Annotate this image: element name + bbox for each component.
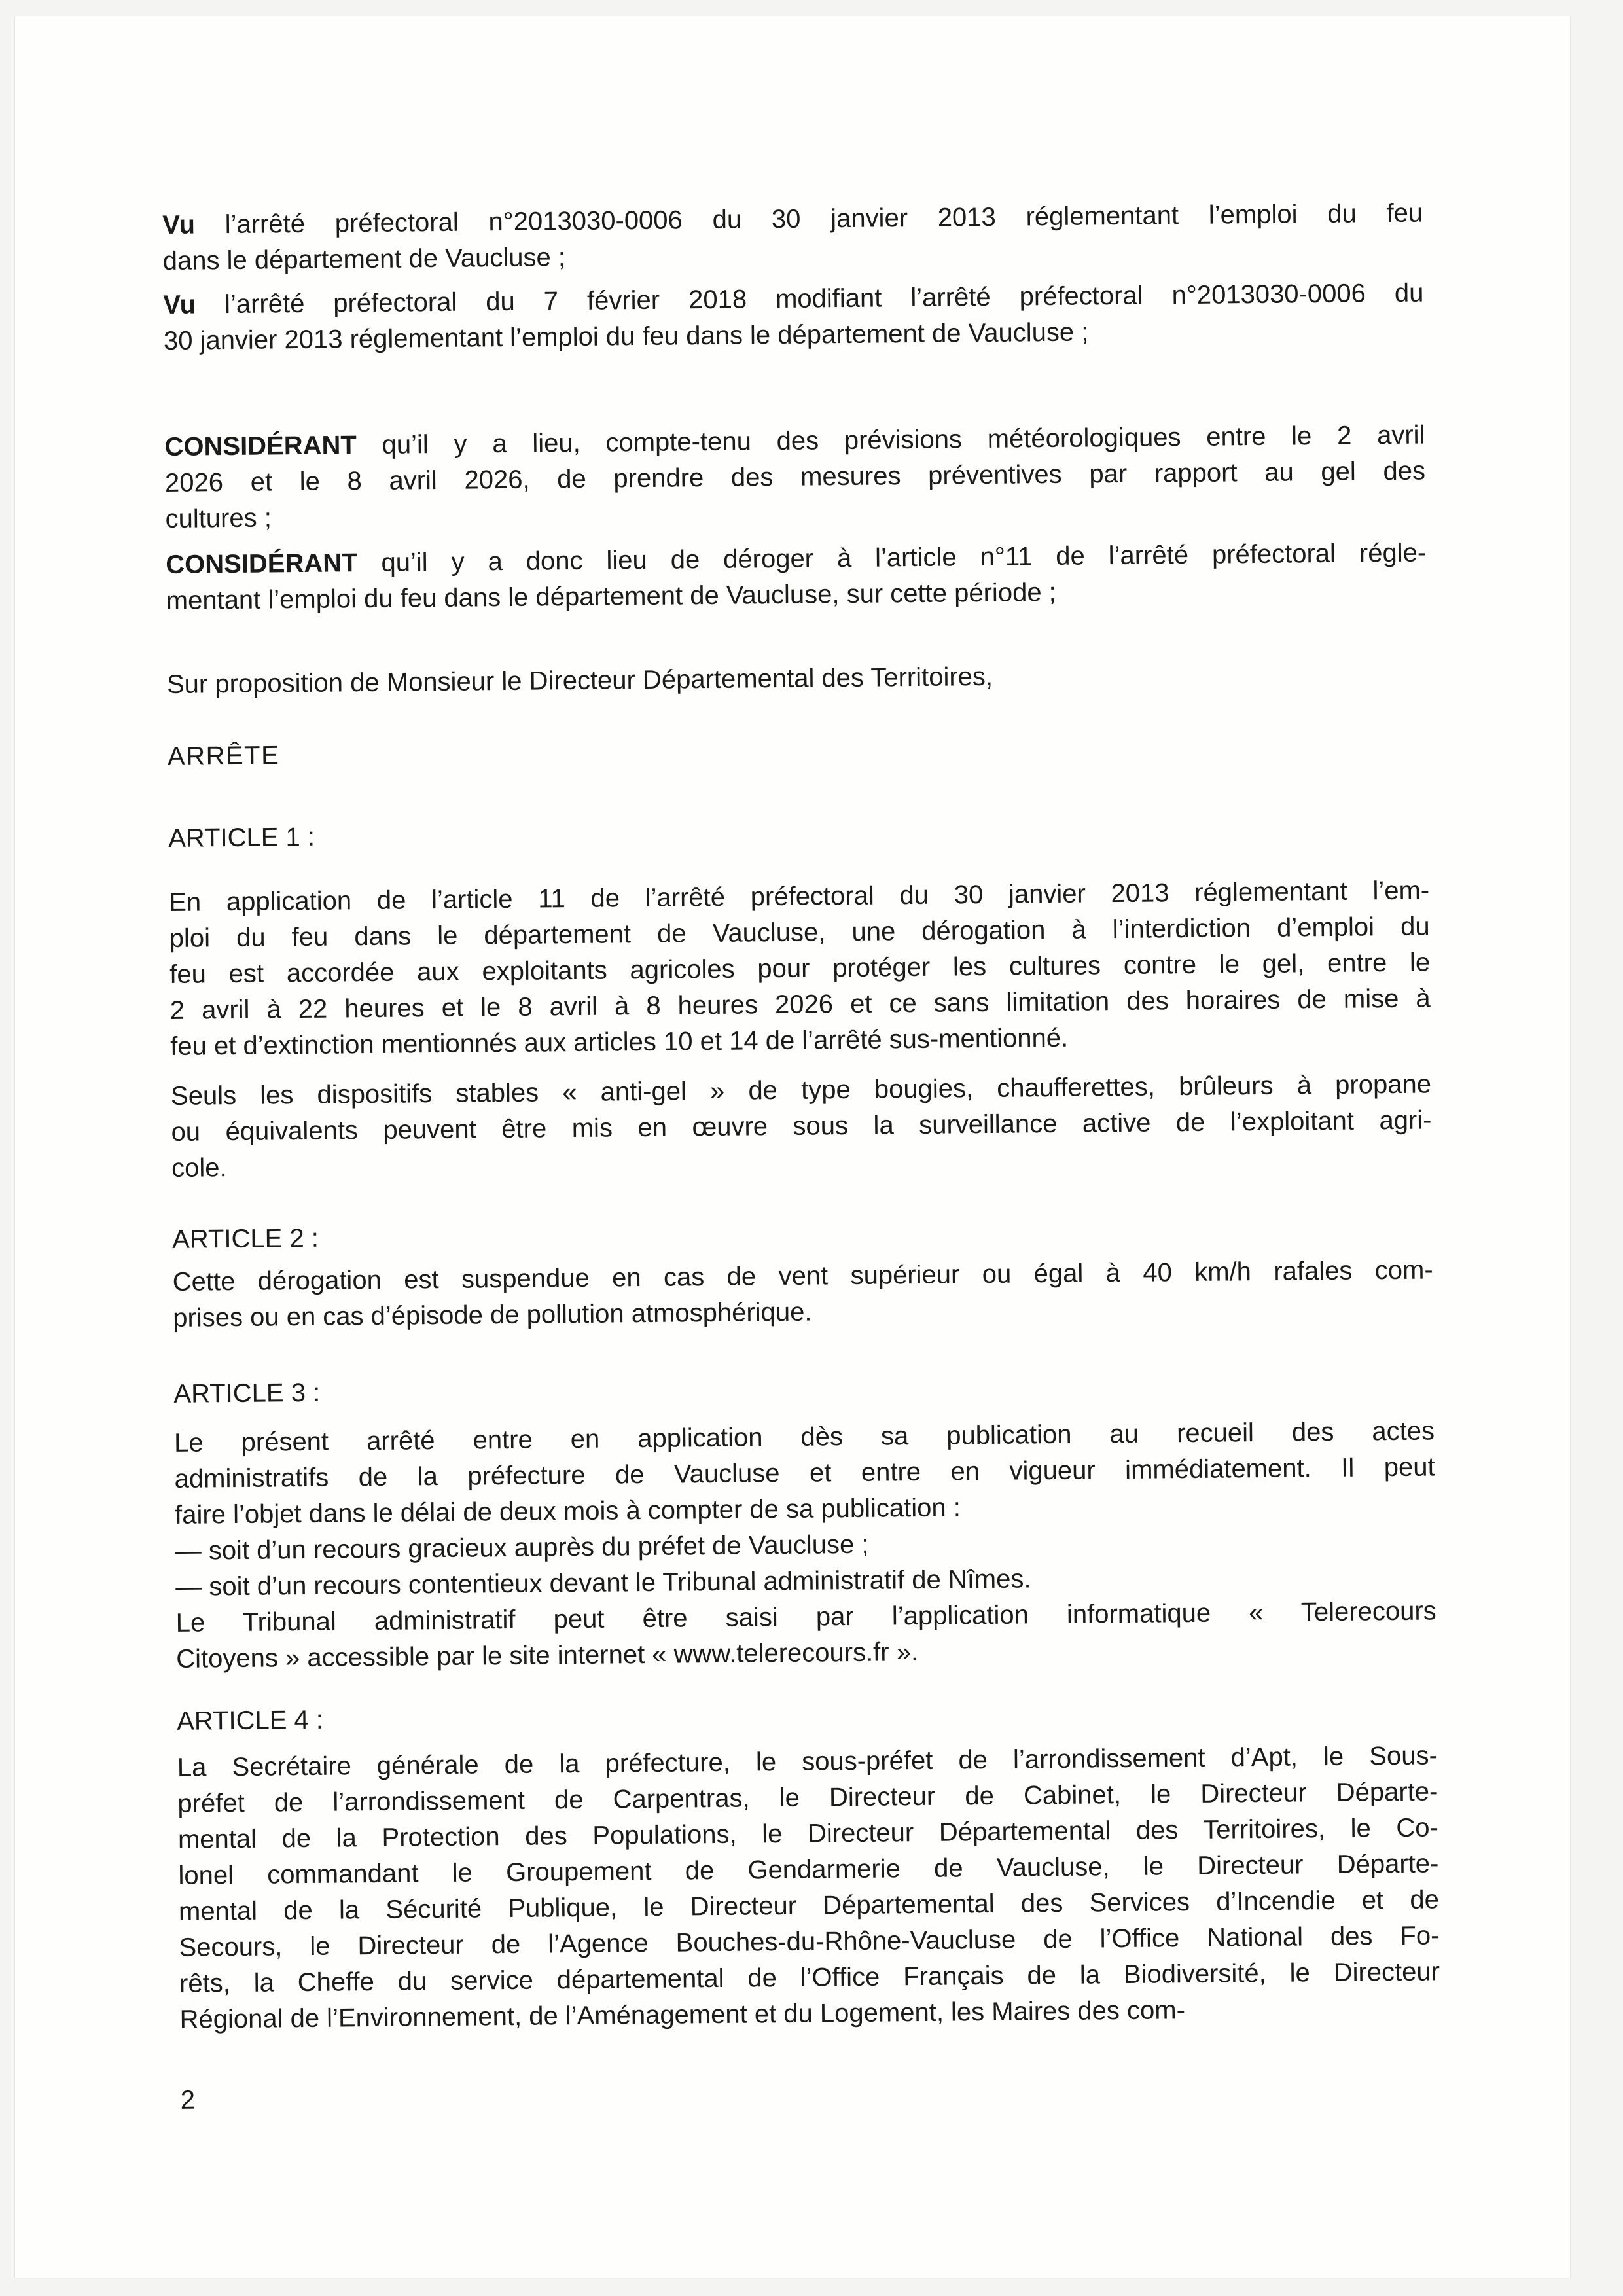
vu-paragraph-1: Vu l’arrêté préfectoral n°2013030-0006 d… xyxy=(162,196,1423,279)
text-line-rest: qu’il y a donc lieu de déroger à l’artic… xyxy=(357,538,1426,577)
arrete-heading: ARRÊTE xyxy=(168,726,1428,774)
text-line: ARTICLE 1 : xyxy=(168,808,1429,856)
sur-proposition-line: Sur proposition de Monsieur le Directeur… xyxy=(167,655,1427,702)
bold-lead: CONSIDÉRANT xyxy=(166,548,358,579)
article-2-paragraph-1: Cette dérogation est suspendue en cas de… xyxy=(173,1252,1434,1336)
bold-lead: Vu xyxy=(162,211,195,240)
text-line: Sur proposition de Monsieur le Directeur… xyxy=(167,655,1427,702)
article-3-heading: ARTICLE 3 : xyxy=(173,1364,1434,1412)
article-4-paragraph-1: La Secrétaire générale de la préfecture,… xyxy=(177,1738,1440,2037)
document-blocks: Vu l’arrêté préfectoral n°2013030-0006 d… xyxy=(162,196,1440,2038)
article-1-paragraph-1: En application de l’article 11 de l’arrê… xyxy=(169,872,1431,1064)
text-line: ARTICLE 3 : xyxy=(173,1364,1434,1412)
considerant-paragraph-2: CONSIDÉRANT qu’il y a donc lieu de dérog… xyxy=(166,535,1427,619)
text-line: ARRÊTE xyxy=(168,726,1428,774)
text-line: ARTICLE 2 : xyxy=(172,1210,1433,1257)
bold-lead: CONSIDÉRANT xyxy=(164,431,357,461)
document-content: Vu l’arrêté préfectoral n°2013030-0006 d… xyxy=(162,196,1441,2119)
text-line: ARTICLE 4 : xyxy=(177,1691,1437,1739)
article-3-paragraph-2: Le Tribunal administratif peut être sais… xyxy=(176,1593,1437,1677)
page-number: 2 xyxy=(181,2070,1441,2118)
article-3-paragraph-1: Le présent arrêté entre en application d… xyxy=(174,1413,1435,1533)
text-line-rest: l’arrêté préfectoral du 7 février 2018 m… xyxy=(196,279,1424,319)
bold-lead: Vu xyxy=(163,291,196,319)
vu-paragraph-2: Vu l’arrêté préfectoral du 7 février 201… xyxy=(163,276,1424,359)
article-1-heading: ARTICLE 1 : xyxy=(168,808,1429,856)
article-4-heading: ARTICLE 4 : xyxy=(177,1691,1437,1739)
article-1-paragraph-2: Seuls les dispositifs stables « anti-gel… xyxy=(171,1066,1432,1186)
article-2-heading: ARTICLE 2 : xyxy=(172,1210,1433,1257)
text-line-rest: qu’il y a lieu, compte-tenu des prévisio… xyxy=(357,420,1425,459)
considerant-paragraph-1: CONSIDÉRANT qu’il y a lieu, compte-tenu … xyxy=(164,417,1425,537)
scanned-page: Vu l’arrêté préfectoral n°2013030-0006 d… xyxy=(14,16,1571,2278)
